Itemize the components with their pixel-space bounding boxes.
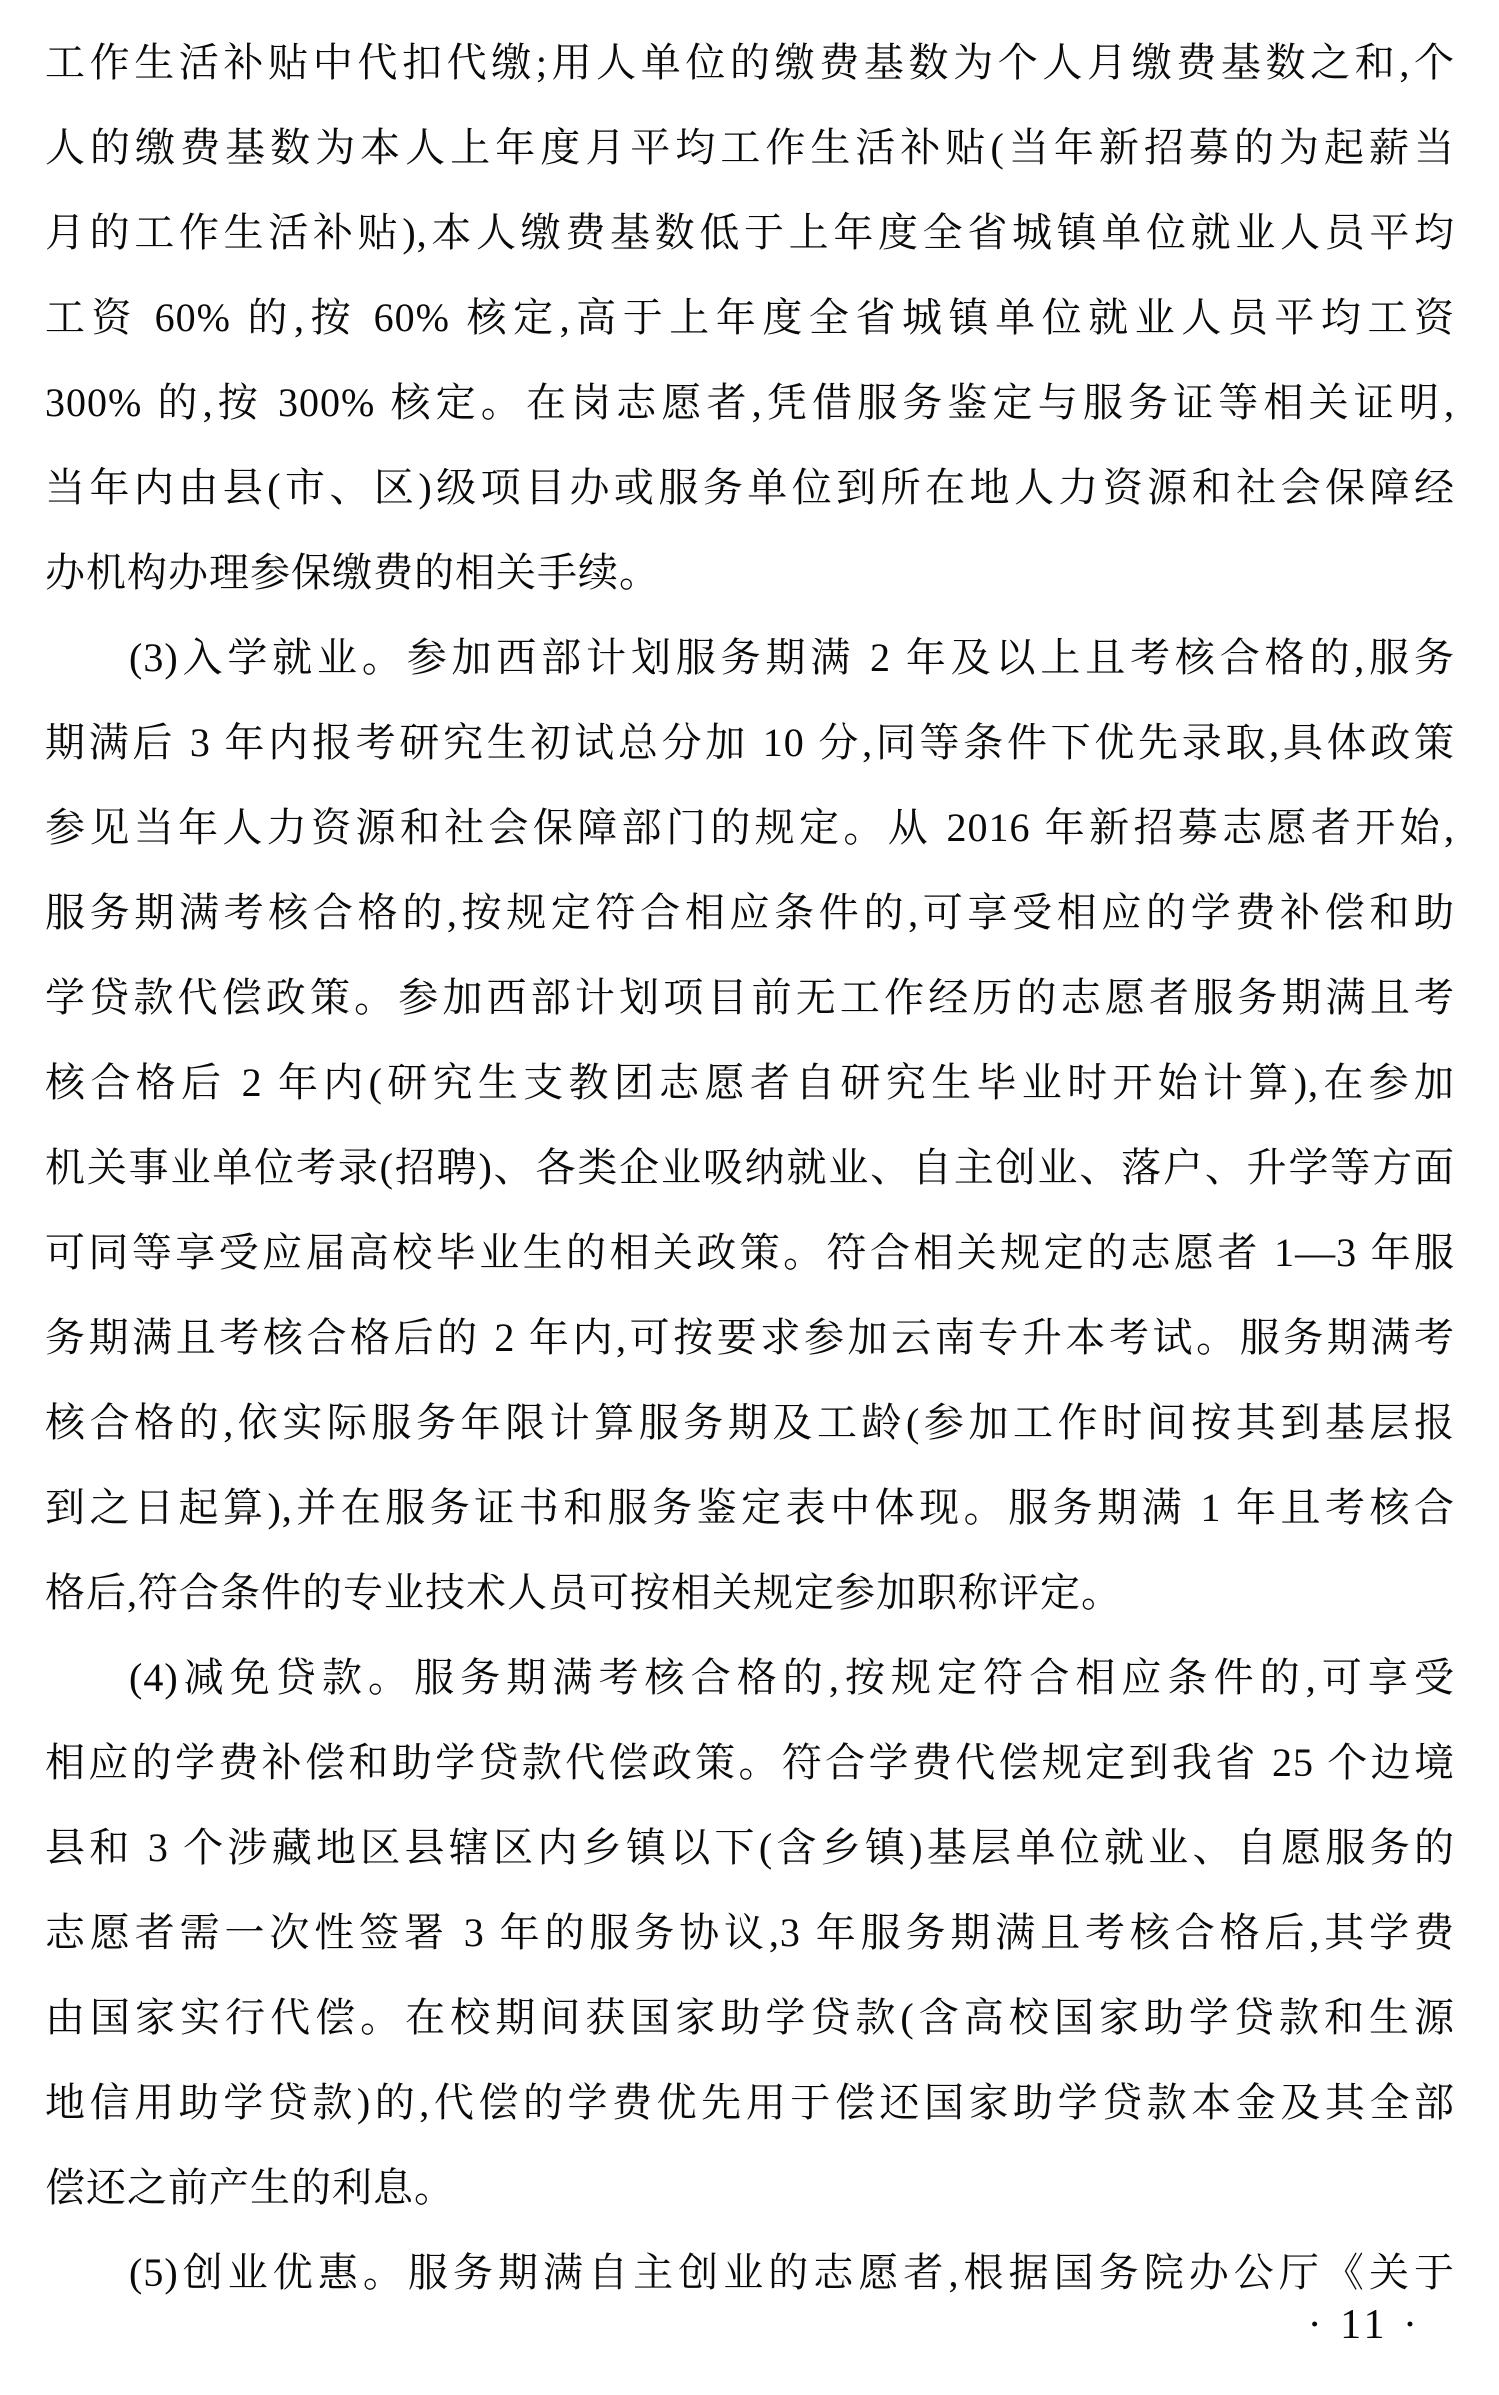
text-line: 相应的学费补偿和助学贷款代偿政策。符合学费代偿规定到我省 25 个边境 — [45, 1720, 1455, 1805]
text-line: 志愿者需一次性签署 3 年的服务协议,3 年服务期满且考核合格后,其学费 — [45, 1890, 1455, 1975]
text-line: 县和 3 个涉藏地区县辖区内乡镇以下(含乡镇)基层单位就业、自愿服务的 — [45, 1805, 1455, 1890]
text-line: 格后,符合条件的专业技术人员可按相关规定参加职称评定。 — [45, 1550, 1455, 1635]
text-line: 期满后 3 年内报考研究生初试总分加 10 分,同等条件下优先录取,具体政策 — [45, 700, 1455, 785]
body-text: 工作生活补贴中代扣代缴;用人单位的缴费基数为个人月缴费基数之和,个 人的缴费基数… — [45, 20, 1455, 2315]
text-line: 工作生活补贴中代扣代缴;用人单位的缴费基数为个人月缴费基数之和,个 — [45, 20, 1455, 105]
text-line: (3)入学就业。参加西部计划服务期满 2 年及以上且考核合格的,服务 — [45, 615, 1455, 700]
text-line: 学贷款代偿政策。参加西部计划项目前无工作经历的志愿者服务期满且考 — [45, 955, 1455, 1040]
text-line: 可同等享受应届高校毕业生的相关政策。符合相关规定的志愿者 1—3 年服 — [45, 1210, 1455, 1295]
text-line: 机关事业单位考录(招聘)、各类企业吸纳就业、自主创业、落户、升学等方面 — [45, 1125, 1455, 1210]
text-line: 月的工作生活补贴),本人缴费基数低于上年度全省城镇单位就业人员平均 — [45, 190, 1455, 275]
text-line: 偿还之前产生的利息。 — [45, 2145, 1455, 2230]
page-number: · 11 · — [1308, 2300, 1421, 2350]
text-line: (5)创业优惠。服务期满自主创业的志愿者,根据国务院办公厅《关于 — [45, 2230, 1455, 2315]
text-line: 到之日起算),并在服务证书和服务鉴定表中体现。服务期满 1 年且考核合 — [45, 1465, 1455, 1550]
text-line: 工资 60% 的,按 60% 核定,高于上年度全省城镇单位就业人员平均工资 — [45, 275, 1455, 360]
text-line: 人的缴费基数为本人上年度月平均工作生活补贴(当年新招募的为起薪当 — [45, 105, 1455, 190]
text-line: 核合格的,依实际服务年限计算服务期及工龄(参加工作时间按其到基层报 — [45, 1380, 1455, 1465]
text-line: 地信用助学贷款)的,代偿的学费优先用于偿还国家助学贷款本金及其全部 — [45, 2060, 1455, 2145]
text-line: 由国家实行代偿。在校期间获国家助学贷款(含高校国家助学贷款和生源 — [45, 1975, 1455, 2060]
text-line: 300% 的,按 300% 核定。在岗志愿者,凭借服务鉴定与服务证等相关证明, — [45, 360, 1455, 445]
text-line: (4)减免贷款。服务期满考核合格的,按规定符合相应条件的,可享受 — [45, 1635, 1455, 1720]
text-line: 办机构办理参保缴费的相关手续。 — [45, 530, 1455, 615]
text-line: 参见当年人力资源和社会保障部门的规定。从 2016 年新招募志愿者开始, — [45, 785, 1455, 870]
text-line: 服务期满考核合格的,按规定符合相应条件的,可享受相应的学费补偿和助 — [45, 870, 1455, 955]
text-line: 当年内由县(市、区)级项目办或服务单位到所在地人力资源和社会保障经 — [45, 445, 1455, 530]
text-line: 务期满且考核合格后的 2 年内,可按要求参加云南专升本考试。服务期满考 — [45, 1295, 1455, 1380]
document-page: 工作生活补贴中代扣代缴;用人单位的缴费基数为个人月缴费基数之和,个 人的缴费基数… — [0, 0, 1499, 2395]
text-line: 核合格后 2 年内(研究生支教团志愿者自研究生毕业时开始计算),在参加 — [45, 1040, 1455, 1125]
